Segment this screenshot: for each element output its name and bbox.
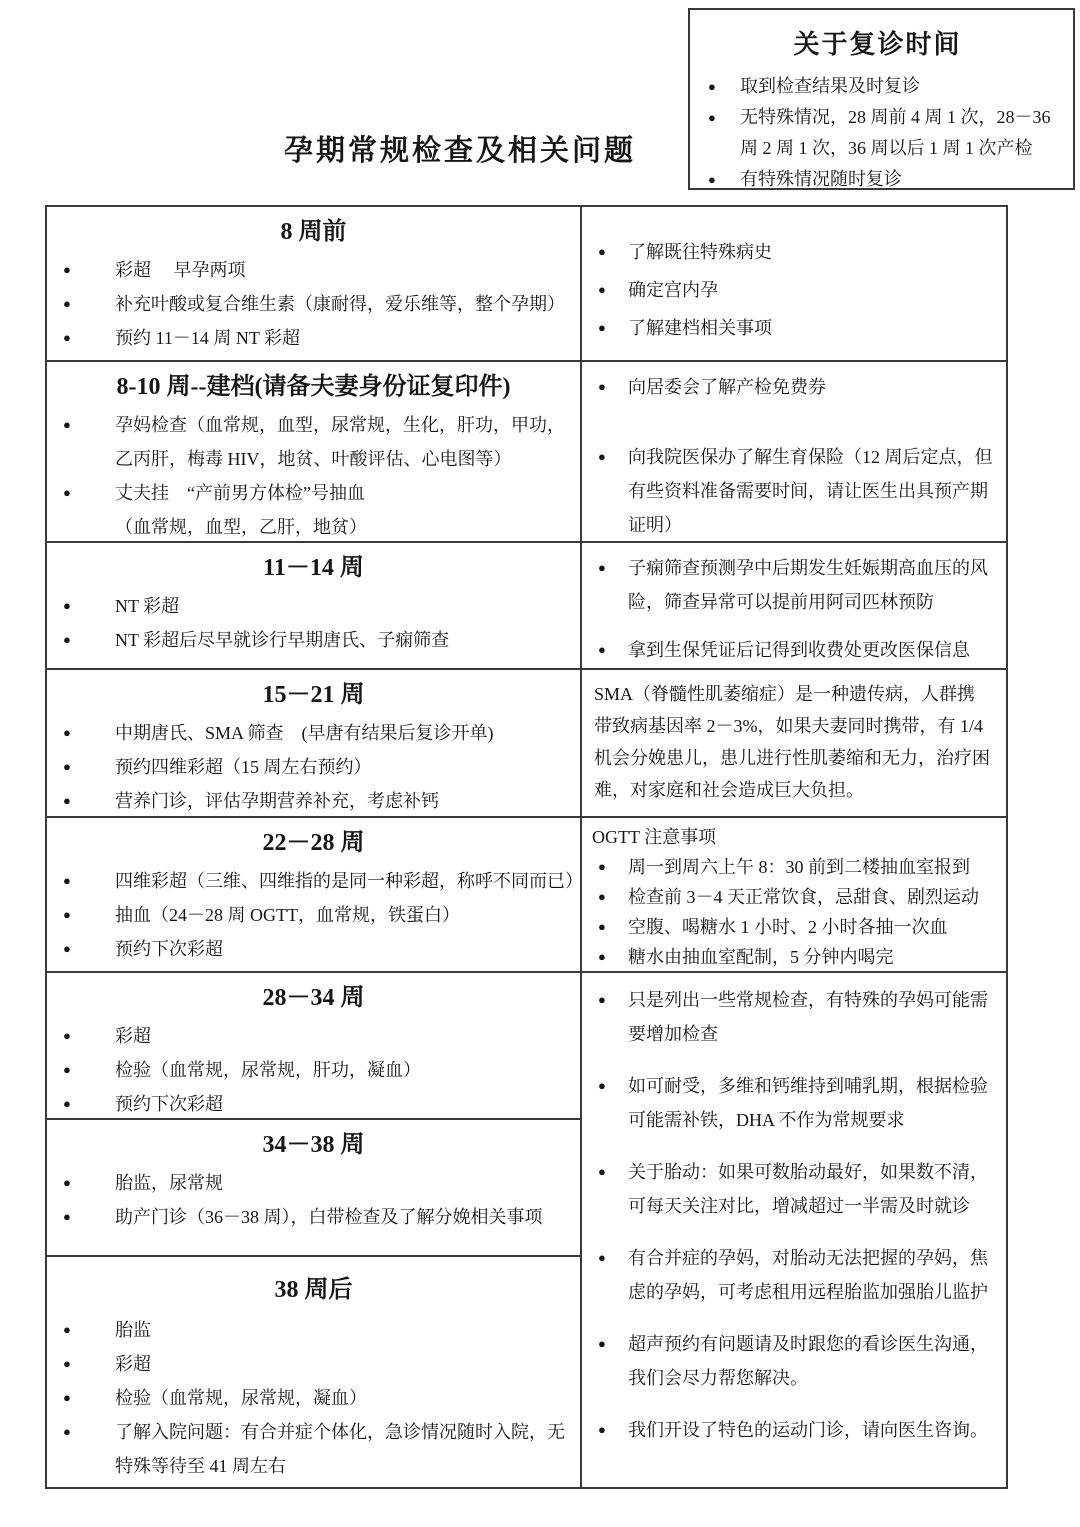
list-item-text: 营养门诊，评估孕期营养补充，考虑补钙 — [115, 784, 580, 818]
note-cell-general: ● 只是列出一些常规检查，有特殊的孕妈可能需要增加检查 ● 如可耐受，多维和钙维… — [582, 973, 1006, 1487]
list-item: ● 关于胎动：如果可数胎动最好，如果数不清，可每天关注对比，增减超过一半需及时就… — [582, 1155, 1006, 1223]
list-item-text: 丈夫挂 “产前男方体检”号抽血 （血常规，血型，乙肝，地贫） — [115, 476, 580, 543]
bullet-icon: ● — [47, 408, 115, 476]
bullet-icon: ● — [47, 287, 115, 321]
list-item-text: 只是列出一些常规检查，有特殊的孕妈可能需要增加检查 — [628, 983, 1006, 1051]
bullet-icon: ● — [47, 321, 115, 355]
list-item-text: 糖水由抽血室配制，5 分钟内喝完 — [628, 942, 1006, 972]
bullet-icon: ● — [582, 912, 628, 942]
bullet-icon: ● — [582, 233, 628, 271]
list-item: ● 四维彩超（三维、四维指的是同一种彩超，称呼不同而已） — [47, 864, 580, 898]
weeks-column: 8 周前 ● 彩超 早孕两项 ● 补充叶酸或复合维生素（康耐得，爱乐维等，整个孕… — [47, 207, 580, 1487]
list-item: ● 我们开设了特色的运动门诊，请向医生咨询。 — [582, 1413, 1006, 1447]
note-cell-ogtt: OGTT 注意事项 ● 周一到周六上午 8：30 前到二楼抽血室报到 ● 检查前… — [582, 818, 1006, 973]
list-item-text: 中期唐氏、SMA 筛查 (早唐有结果后复诊开单) — [115, 716, 580, 750]
week-cell-8-10w: 8-10 周--建档(请备夫妻身份证复印件) ● 孕妈检查（血常规，血型，尿常规… — [47, 362, 580, 543]
list-item: ● 超声预约有问题请及时跟您的看诊医生沟通，我们会尽力帮您解决。 — [582, 1327, 1006, 1395]
list-item-text: 抽血（24－28 周 OGTT，血常规，铁蛋白） — [115, 898, 580, 932]
period-heading: 8-10 周--建档(请备夫妻身份证复印件) — [47, 362, 580, 408]
list-item: ● 取到检查结果及时复诊 — [690, 71, 1065, 102]
bullet-icon: ● — [582, 440, 628, 542]
bullet-icon: ● — [47, 253, 115, 287]
list-item: ● 胎监，尿常规 — [47, 1166, 580, 1200]
list-item: ● 确定宫内孕 — [582, 271, 1006, 309]
list-item: ● 只是列出一些常规检查，有特殊的孕妈可能需要增加检查 — [582, 983, 1006, 1051]
period-heading: 22－28 周 — [47, 818, 580, 864]
list-item: ● 了解建档相关事项 — [582, 309, 1006, 347]
bullet-icon: ● — [47, 1347, 115, 1381]
list-item: ● 彩超 早孕两项 — [47, 253, 580, 287]
list-item-text: 四维彩超（三维、四维指的是同一种彩超，称呼不同而已） — [115, 864, 580, 898]
week-cell-34-38w: 34－38 周 ● 胎监，尿常规 ● 助产门诊（36－38 周），白带检查及了解… — [47, 1120, 580, 1257]
bullet-icon: ● — [582, 882, 628, 912]
note-paragraph: SMA（脊髓性肌萎缩症）是一种遗传病，人群携带致病基因率 2－3%，如果夫妻同时… — [594, 678, 992, 806]
list-item: ● 检验（血常规，尿常规，凝血） — [47, 1381, 580, 1415]
schedule-table: 8 周前 ● 彩超 早孕两项 ● 补充叶酸或复合维生素（康耐得，爱乐维等，整个孕… — [45, 205, 1008, 1489]
bullet-icon: ● — [47, 1053, 115, 1087]
bullet-icon: ● — [47, 1313, 115, 1347]
list-item-text: 彩超 — [115, 1019, 580, 1053]
period-heading: 28－34 周 — [47, 973, 580, 1019]
list-item-text: 检验（血常规，尿常规，凝血） — [115, 1381, 580, 1415]
list-item: ● 预约 11－14 周 NT 彩超 — [47, 321, 580, 355]
note-label: OGTT 注意事项 — [582, 822, 1006, 852]
list-item: ● 抽血（24－28 周 OGTT，血常规，铁蛋白） — [47, 898, 580, 932]
list-item: ● 彩超 — [47, 1347, 580, 1381]
bullet-icon: ● — [582, 1327, 628, 1395]
bullet-icon: ● — [582, 942, 628, 972]
period-heading: 15－21 周 — [47, 670, 580, 716]
list-item-text: 拿到生保凭证后记得到收费处更改医保信息 — [628, 633, 1006, 667]
note-cell: ● 向居委会了解产检免费券 ● 向我院医保办了解生育保险（12 周后定点，但有些… — [582, 362, 1006, 543]
bullet-icon: ● — [47, 476, 115, 543]
list-item-text: 子痫筛查预测孕中后期发生妊娠期高血压的风险，筛查异常可以提前用阿司匹林预防 — [628, 551, 1006, 619]
list-item: ● 子痫筛查预测孕中后期发生妊娠期高血压的风险，筛查异常可以提前用阿司匹林预防 — [582, 551, 1006, 619]
bullet-icon: ● — [47, 1019, 115, 1053]
page-title: 孕期常规检查及相关问题 — [0, 128, 920, 169]
list-item-text: 周一到周六上午 8：30 前到二楼抽血室报到 — [628, 852, 1006, 882]
bullet-icon: ● — [47, 1200, 115, 1234]
list-item-text: 检查前 3－4 天正常饮食，忌甜食、剧烈运动 — [628, 882, 1006, 912]
list-item-text: 我们开设了特色的运动门诊，请向医生咨询。 — [628, 1413, 1006, 1447]
list-item: ● 向我院医保办了解生育保险（12 周后定点，但有些资料准备需要时间，请让医生出… — [582, 440, 1006, 542]
list-item-text: 关于胎动：如果可数胎动最好，如果数不清，可每天关注对比，增减超过一半需及时就诊 — [628, 1155, 1006, 1223]
period-heading: 38 周后 — [47, 1257, 580, 1313]
list-item-text: 胎监，尿常规 — [115, 1166, 580, 1200]
list-item: ● 助产门诊（36－38 周），白带检查及了解分娩相关事项 — [47, 1200, 580, 1234]
list-item: ● 营养门诊，评估孕期营养补充，考虑补钙 — [47, 784, 580, 818]
list-item: ● 丈夫挂 “产前男方体检”号抽血 （血常规，血型，乙肝，地贫） — [47, 476, 580, 543]
bullet-icon: ● — [582, 633, 628, 667]
note-cell: ● 子痫筛查预测孕中后期发生妊娠期高血压的风险，筛查异常可以提前用阿司匹林预防 … — [582, 543, 1006, 670]
period-heading: 8 周前 — [47, 207, 580, 253]
week-cell-8w: 8 周前 ● 彩超 早孕两项 ● 补充叶酸或复合维生素（康耐得，爱乐维等，整个孕… — [47, 207, 580, 362]
list-item: ● 如可耐受，多维和钙维持到哺乳期，根据检验可能需补铁，DHA 不作为常规要求 — [582, 1069, 1006, 1137]
list-item-text: 彩超 — [115, 1347, 580, 1381]
document-page: 关于复诊时间 ● 取到检查结果及时复诊 ● 无特殊情况，28 周前 4 周 1 … — [0, 0, 1080, 1527]
list-item: ● 预约下次彩超 — [47, 932, 580, 966]
bullet-icon: ● — [47, 623, 115, 657]
notes-column: ● 了解既往特殊病史 ● 确定宫内孕 ● 了解建档相关事项 ● 向居委会了解产检… — [580, 207, 1006, 1487]
list-item: ● 了解入院问题：有合并症个体化，急诊情况随时入院，无特殊等待至 41 周左右 — [47, 1415, 580, 1483]
note-cell-sma: SMA（脊髓性肌萎缩症）是一种遗传病，人群携带致病基因率 2－3%，如果夫妻同时… — [582, 670, 1006, 818]
bullet-icon: ● — [47, 1166, 115, 1200]
bullet-icon: ● — [47, 784, 115, 818]
bullet-icon: ● — [47, 898, 115, 932]
list-item-text: 补充叶酸或复合维生素（康耐得，爱乐维等，整个孕期） — [115, 287, 580, 321]
list-item-text: 预约四维彩超（15 周左右预约） — [115, 750, 580, 784]
note-cell: ● 了解既往特殊病史 ● 确定宫内孕 ● 了解建档相关事项 — [582, 207, 1006, 362]
list-item-text: NT 彩超 — [115, 589, 580, 623]
list-item-text: NT 彩超后尽早就诊行早期唐氏、子痫筛查 — [115, 623, 580, 657]
bullet-icon: ● — [47, 589, 115, 623]
week-cell-28-34w: 28－34 周 ● 彩超 ● 检验（血常规，尿常规，肝功，凝血） ● 预约下次彩… — [47, 973, 580, 1120]
bullet-icon: ● — [47, 932, 115, 966]
list-item-text: 检验（血常规，尿常规，肝功，凝血） — [115, 1053, 580, 1087]
list-item: ● 向居委会了解产检免费券 — [582, 370, 1006, 404]
list-item-text: 助产门诊（36－38 周），白带检查及了解分娩相关事项 — [115, 1200, 580, 1234]
list-item-text: 彩超 早孕两项 — [115, 253, 580, 287]
list-item: ● 孕妈检查（血常规，血型，尿常规，生化，肝功，甲功，乙丙肝，梅毒 HIV，地贫… — [47, 408, 580, 476]
list-item-text: 预约下次彩超 — [115, 1087, 580, 1120]
bullet-icon: ● — [582, 983, 628, 1051]
list-item-text: 如可耐受，多维和钙维持到哺乳期，根据检验可能需补铁，DHA 不作为常规要求 — [628, 1069, 1006, 1137]
bullet-icon: ● — [582, 1413, 628, 1447]
bullet-icon: ● — [582, 1069, 628, 1137]
week-cell-22-28w: 22－28 周 ● 四维彩超（三维、四维指的是同一种彩超，称呼不同而已） ● 抽… — [47, 818, 580, 973]
bullet-icon: ● — [47, 1381, 115, 1415]
list-item-text: 有合并症的孕妈，对胎动无法把握的孕妈，焦虑的孕妈，可考虑租用远程胎监加强胎儿监护 — [628, 1241, 1006, 1309]
list-item: ● 检验（血常规，尿常规，肝功，凝血） — [47, 1053, 580, 1087]
week-cell-11-14w: 11－14 周 ● NT 彩超 ● NT 彩超后尽早就诊行早期唐氏、子痫筛查 — [47, 543, 580, 670]
bullet-icon: ● — [47, 864, 115, 898]
bullet-icon: ● — [582, 1155, 628, 1223]
list-item: ● 补充叶酸或复合维生素（康耐得，爱乐维等，整个孕期） — [47, 287, 580, 321]
list-item-text: 向我院医保办了解生育保险（12 周后定点，但有些资料准备需要时间，请让医生出具预… — [628, 440, 1006, 542]
bullet-icon: ● — [582, 370, 628, 404]
list-item-text: 了解建档相关事项 — [628, 309, 1006, 347]
bullet-icon: ● — [582, 852, 628, 882]
week-cell-15-21w: 15－21 周 ● 中期唐氏、SMA 筛查 (早唐有结果后复诊开单) ● 预约四… — [47, 670, 580, 818]
list-item: ● 胎监 — [47, 1313, 580, 1347]
list-item: ● 彩超 — [47, 1019, 580, 1053]
list-item: ● 了解既往特殊病史 — [582, 233, 1006, 271]
list-item: ● 糖水由抽血室配制，5 分钟内喝完 — [582, 942, 1006, 972]
list-item-text: 了解入院问题：有合并症个体化，急诊情况随时入院，无特殊等待至 41 周左右 — [115, 1415, 580, 1483]
list-item: ● 预约四维彩超（15 周左右预约） — [47, 750, 580, 784]
period-heading: 34－38 周 — [47, 1120, 580, 1166]
list-item-text: 预约 11－14 周 NT 彩超 — [115, 321, 580, 355]
list-item-text: 预约下次彩超 — [115, 932, 580, 966]
list-item-text: 孕妈检查（血常规，血型，尿常规，生化，肝功，甲功，乙丙肝，梅毒 HIV，地贫、叶… — [115, 408, 580, 476]
week-cell-after-38w: 38 周后 ● 胎监 ● 彩超 ● 检验（血常规，尿常规，凝血） ● 了解入院问… — [47, 1257, 580, 1487]
revisit-box-title: 关于复诊时间 — [690, 14, 1065, 71]
bullet-icon: ● — [47, 716, 115, 750]
list-item: ● 有合并症的孕妈，对胎动无法把握的孕妈，焦虑的孕妈，可考虑租用远程胎监加强胎儿… — [582, 1241, 1006, 1309]
list-item-text: 胎监 — [115, 1313, 580, 1347]
bullet-icon: ● — [582, 271, 628, 309]
list-item-text: 了解既往特殊病史 — [628, 233, 1006, 271]
list-item-text: 超声预约有问题请及时跟您的看诊医生沟通，我们会尽力帮您解决。 — [628, 1327, 1006, 1395]
list-item: ● 预约下次彩超 — [47, 1087, 580, 1120]
list-item: ● NT 彩超 — [47, 589, 580, 623]
list-item: ● 空腹、喝糖水 1 小时、2 小时各抽一次血 — [582, 912, 1006, 942]
list-item: ● 中期唐氏、SMA 筛查 (早唐有结果后复诊开单) — [47, 716, 580, 750]
list-item-text: 确定宫内孕 — [628, 271, 1006, 309]
bullet-icon: ● — [47, 750, 115, 784]
list-item-text: 向居委会了解产检免费券 — [628, 370, 1006, 404]
bullet-icon: ● — [690, 71, 740, 102]
bullet-icon: ● — [47, 1087, 115, 1120]
bullet-icon: ● — [582, 1241, 628, 1309]
list-item: ● NT 彩超后尽早就诊行早期唐氏、子痫筛查 — [47, 623, 580, 657]
list-item: ● 检查前 3－4 天正常饮食，忌甜食、剧烈运动 — [582, 882, 1006, 912]
list-item: ● 拿到生保凭证后记得到收费处更改医保信息 — [582, 633, 1006, 667]
period-heading: 11－14 周 — [47, 543, 580, 589]
bullet-icon: ● — [582, 551, 628, 619]
list-item: ● 周一到周六上午 8：30 前到二楼抽血室报到 — [582, 852, 1006, 882]
list-item-text: 取到检查结果及时复诊 — [740, 71, 1065, 102]
list-item-text: 空腹、喝糖水 1 小时、2 小时各抽一次血 — [628, 912, 1006, 942]
bullet-icon: ● — [582, 309, 628, 347]
bullet-icon: ● — [47, 1415, 115, 1483]
